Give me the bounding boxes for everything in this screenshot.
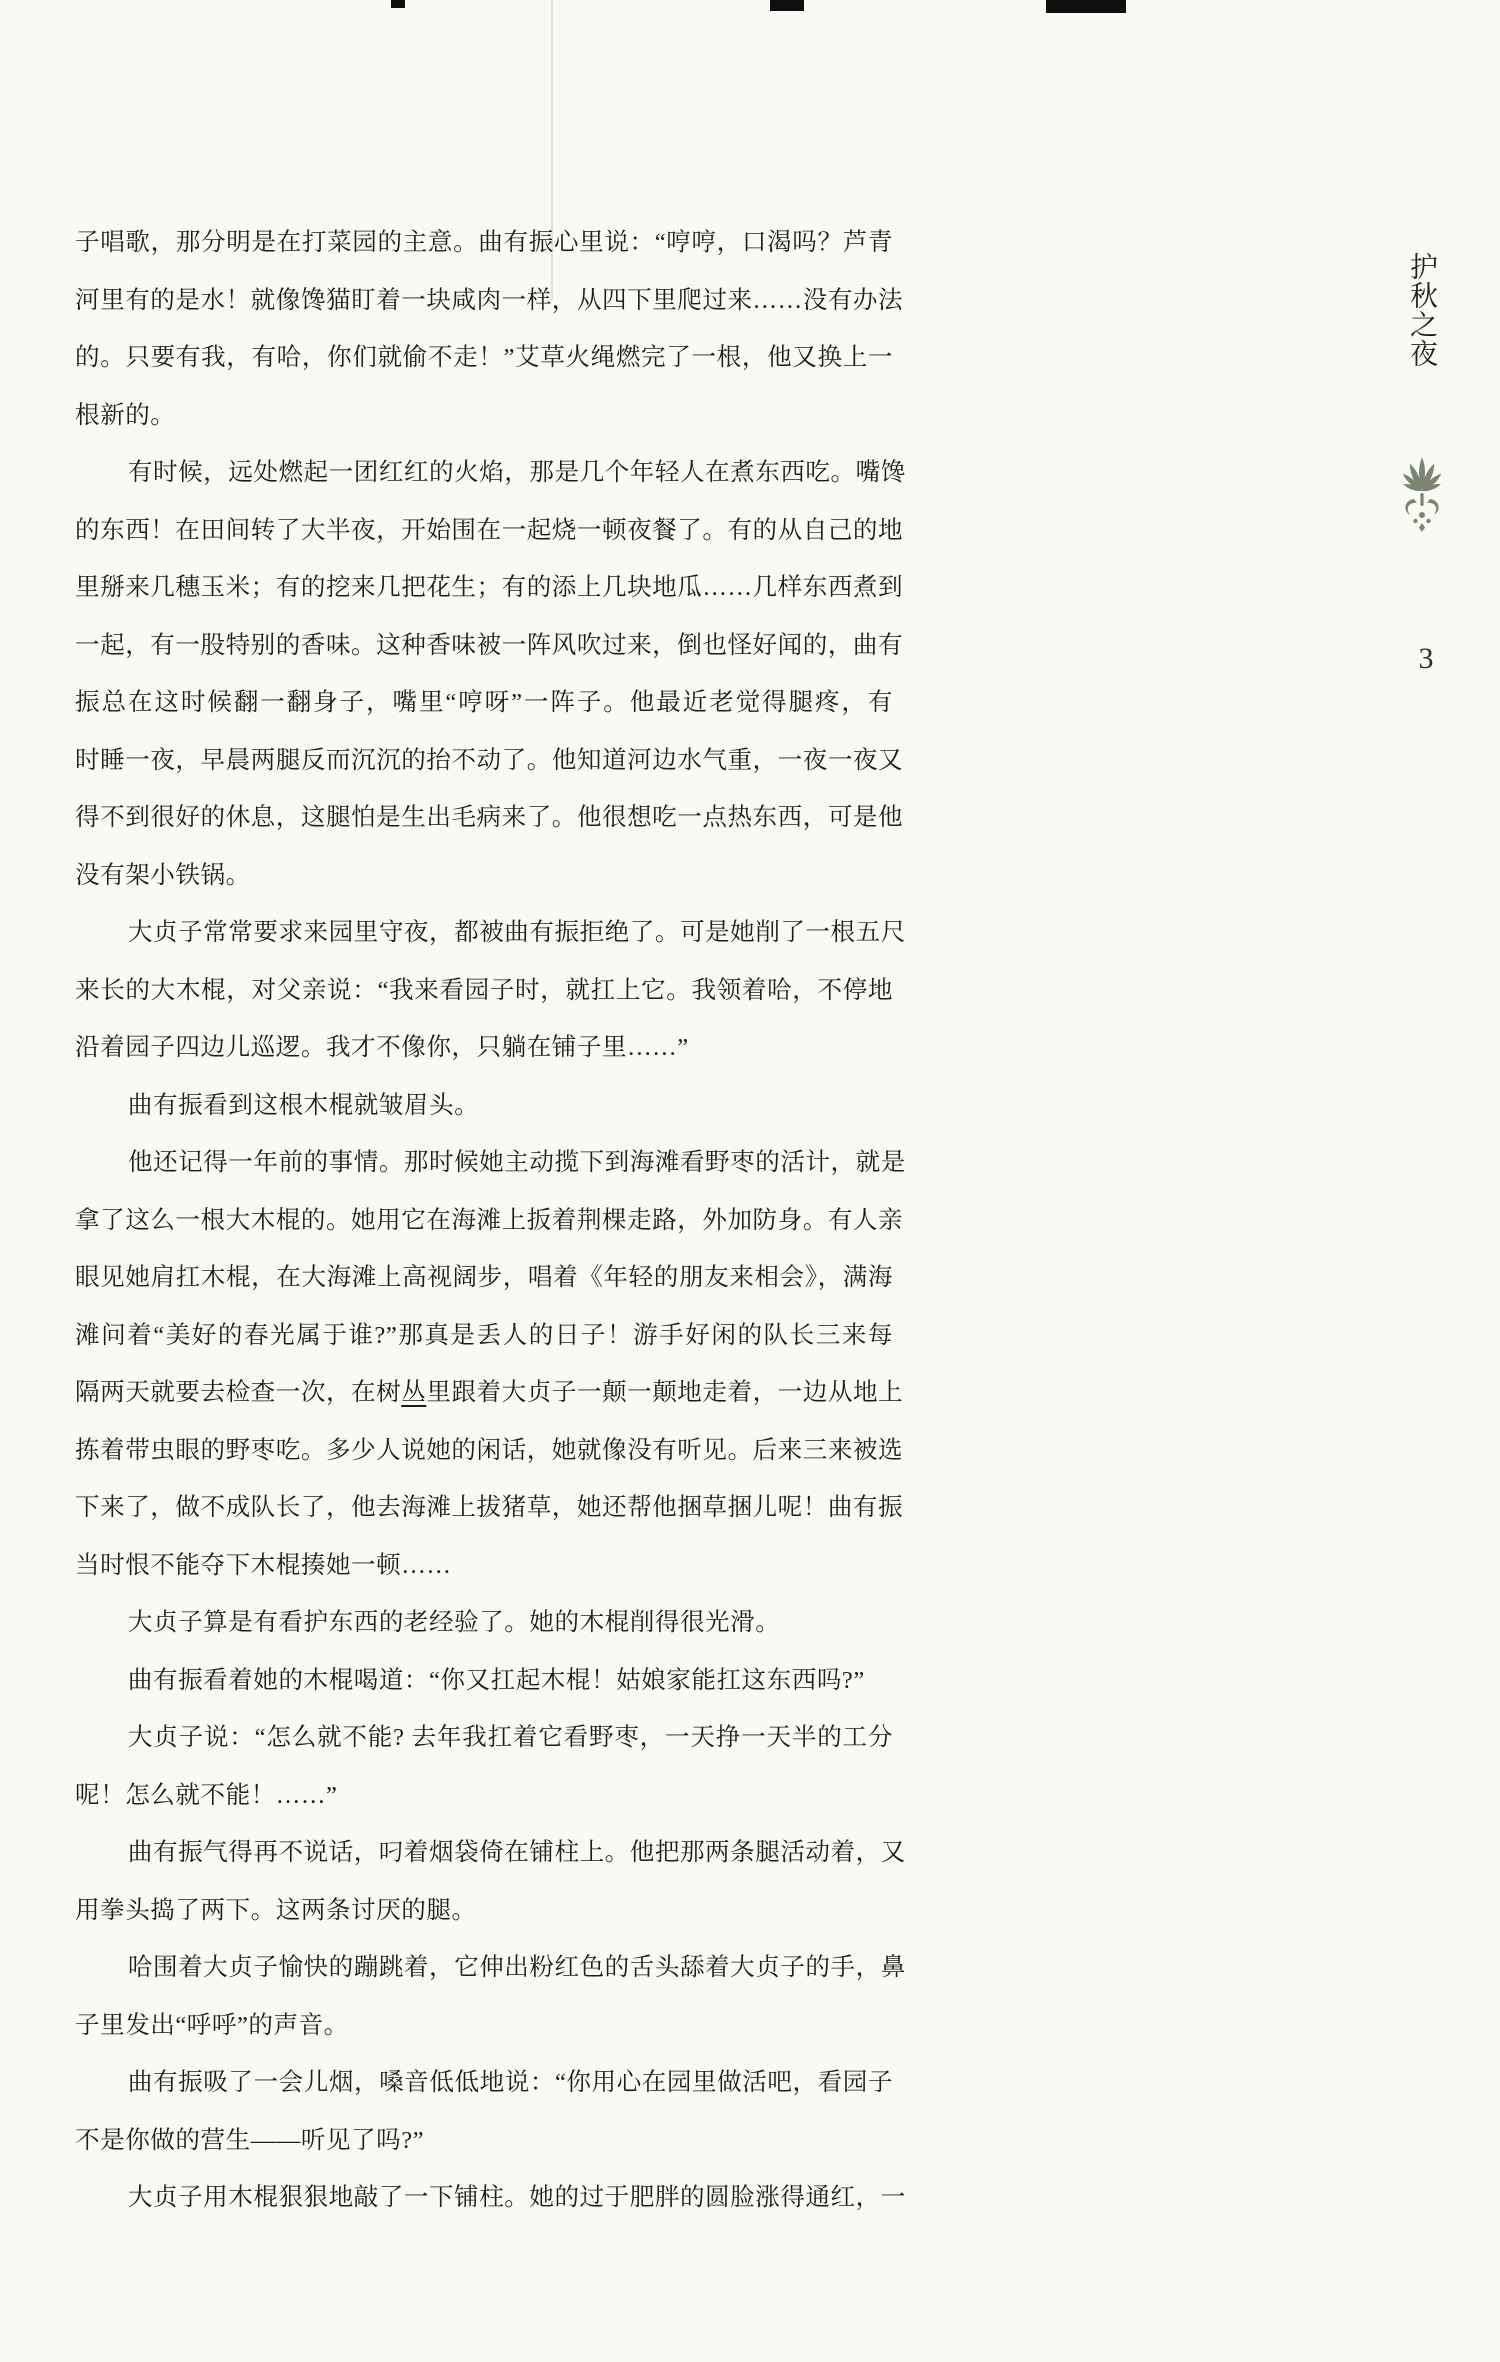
paragraph: 曲有振吸了一会儿烟，嗓音低低地说：“你用心在园里做活吧，看园子 不是你做的营生—… [75, 2054, 893, 2169]
book-page: 子唱歌，那分明是在打菜园的主意。曲有振心里说：“哼哼，口渴吗？芦青 河里有的是水… [0, 0, 1500, 2362]
text-segment: 隔两天就要去检查一次，在树 [75, 1379, 401, 1406]
scan-artifact [770, 0, 804, 11]
text-line: 一起，有一股特别的香味。这种香味被一阵风吹过来，倒也怪好闻的，曲有 [75, 617, 893, 675]
text-line: 子唱歌，那分明是在打菜园的主意。曲有振心里说：“哼哼，口渴吗？芦青 [75, 214, 893, 272]
text-line: 当时恨不能夺下木棍揍她一顿…… [75, 1537, 893, 1595]
text-line: 里掰来几穗玉米；有的挖来几把花生；有的添上几块地瓜……几样东西煮到 [75, 559, 893, 617]
floral-ornament-icon [1396, 455, 1448, 533]
paragraph: 子唱歌，那分明是在打菜园的主意。曲有振心里说：“哼哼，口渴吗？芦青 河里有的是水… [75, 214, 893, 444]
underlined-character: 丛 [401, 1379, 426, 1406]
text-line: 曲有振看着她的木棍喝道：“你又扛起木棍！姑娘家能扛这东西吗?” [75, 1652, 893, 1710]
paragraph: 大贞子常常要求来园里守夜，都被曲有振拒绝了。可是她削了一根五尺 来长的大木棍，对… [75, 904, 893, 1077]
text-line: 他还记得一年前的事情。那时候她主动揽下到海滩看野枣的活计，就是 [75, 1134, 893, 1192]
body-text: 子唱歌，那分明是在打菜园的主意。曲有振心里说：“哼哼，口渴吗？芦青 河里有的是水… [75, 214, 893, 2227]
text-line: 用拳头捣了两下。这两条讨厌的腿。 [75, 1882, 893, 1940]
text-line: 振总在这时候翻一翻身子，嘴里“哼呀”一阵子。他最近老觉得腿疼，有 [75, 674, 893, 732]
text-line: 拿了这么一根大木棍的。她用它在海滩上扳着荆棵走路，外加防身。有人亲 [75, 1192, 893, 1250]
page-number: 3 [1406, 642, 1446, 676]
text-line: 河里有的是水！就像馋猫盯着一块咸肉一样，从四下里爬过来……没有办法 [75, 272, 893, 330]
text-line: 没有架小铁锅。 [75, 847, 893, 905]
text-line: 下来了，做不成队长了，他去海滩上拔猪草，她还帮他捆草捆儿呢！曲有振 [75, 1479, 893, 1537]
text-line: 隔两天就要去检查一次，在树丛里跟着大贞子一颠一颠地走着，一边从地上 [75, 1364, 893, 1422]
text-line: 曲有振看到这根木棍就皱眉头。 [75, 1077, 893, 1135]
paragraph: 曲有振看着她的木棍喝道：“你又扛起木棍！姑娘家能扛这东西吗?” [75, 1652, 893, 1710]
text-line: 有时候，远处燃起一团红红的火焰，那是几个年轻人在煮东西吃。嘴馋 [75, 444, 893, 502]
paragraph: 大贞子说：“怎么就不能? 去年我扛着它看野枣，一天挣一天半的工分 呢！怎么就不能… [75, 1709, 893, 1824]
text-line: 得不到很好的休息，这腿怕是生出毛病来了。他很想吃一点热东西，可是他 [75, 789, 893, 847]
text-line: 滩问着“美好的春光属于谁?”那真是丢人的日子！游手好闲的队长三来每 [75, 1307, 893, 1365]
paragraph: 大贞子用木棍狠狠地敲了一下铺柱。她的过于肥胖的圆脸涨得通红，一 [75, 2169, 893, 2227]
text-line: 大贞子用木棍狠狠地敲了一下铺柱。她的过于肥胖的圆脸涨得通红，一 [75, 2169, 893, 2227]
paragraph: 大贞子算是有看护东西的老经验了。她的木棍削得很光滑。 [75, 1594, 893, 1652]
text-line: 来长的大木棍，对父亲说：“我来看园子时，就扛上它。我领着哈，不停地 [75, 962, 893, 1020]
paragraph: 曲有振看到这根木棍就皱眉头。 [75, 1077, 893, 1135]
text-line: 曲有振气得再不说话，叼着烟袋倚在铺柱上。他把那两条腿活动着，又 [75, 1824, 893, 1882]
text-line: 大贞子算是有看护东西的老经验了。她的木棍削得很光滑。 [75, 1594, 893, 1652]
text-line: 大贞子常常要求来园里守夜，都被曲有振拒绝了。可是她削了一根五尺 [75, 904, 893, 962]
text-line: 子里发出“呼呼”的声音。 [75, 1997, 893, 2055]
scan-artifact [1046, 0, 1126, 13]
text-line: 呢！怎么就不能！……” [75, 1767, 893, 1825]
scan-artifact [391, 0, 405, 8]
text-line: 曲有振吸了一会儿烟，嗓音低低地说：“你用心在园里做活吧，看园子 [75, 2054, 893, 2112]
text-line: 拣着带虫眼的野枣吃。多少人说她的闲话，她就像没有听见。后来三来被选 [75, 1422, 893, 1480]
paragraph: 哈围着大贞子愉快的蹦跳着，它伸出粉红色的舌头舔着大贞子的手，鼻 子里发出“呼呼”… [75, 1939, 893, 2054]
text-line: 的。只要有我，有哈，你们就偷不走！”艾草火绳燃完了一根，他又换上一 [75, 329, 893, 387]
paragraph: 有时候，远处燃起一团红红的火焰，那是几个年轻人在煮东西吃。嘴馋 的东西！在田间转… [75, 444, 893, 904]
text-line: 的东西！在田间转了大半夜，开始围在一起烧一顿夜餐了。有的从自己的地 [75, 502, 893, 560]
text-line: 沿着园子四边儿巡逻。我才不像你，只躺在铺子里……” [75, 1019, 893, 1077]
text-line: 时睡一夜，早晨两腿反而沉沉的抬不动了。他知道河边水气重，一夜一夜又 [75, 732, 893, 790]
text-line: 眼见她肩扛木棍，在大海滩上高视阔步，唱着《年轻的朋友来相会》，满海 [75, 1249, 893, 1307]
paragraph: 曲有振气得再不说话，叼着烟袋倚在铺柱上。他把那两条腿活动着，又 用拳头捣了两下。… [75, 1824, 893, 1939]
paragraph: 他还记得一年前的事情。那时候她主动揽下到海滩看野枣的活计，就是 拿了这么一根大木… [75, 1134, 893, 1594]
margin-title-vertical: 护秋之夜 [1401, 252, 1441, 368]
text-line: 不是你做的营生——听见了吗?” [75, 2112, 893, 2170]
text-segment: 里跟着大贞子一颠一颠地走着，一边从地上 [426, 1379, 903, 1406]
text-line: 根新的。 [75, 387, 893, 445]
text-line: 哈围着大贞子愉快的蹦跳着，它伸出粉红色的舌头舔着大贞子的手，鼻 [75, 1939, 893, 1997]
text-line: 大贞子说：“怎么就不能? 去年我扛着它看野枣，一天挣一天半的工分 [75, 1709, 893, 1767]
